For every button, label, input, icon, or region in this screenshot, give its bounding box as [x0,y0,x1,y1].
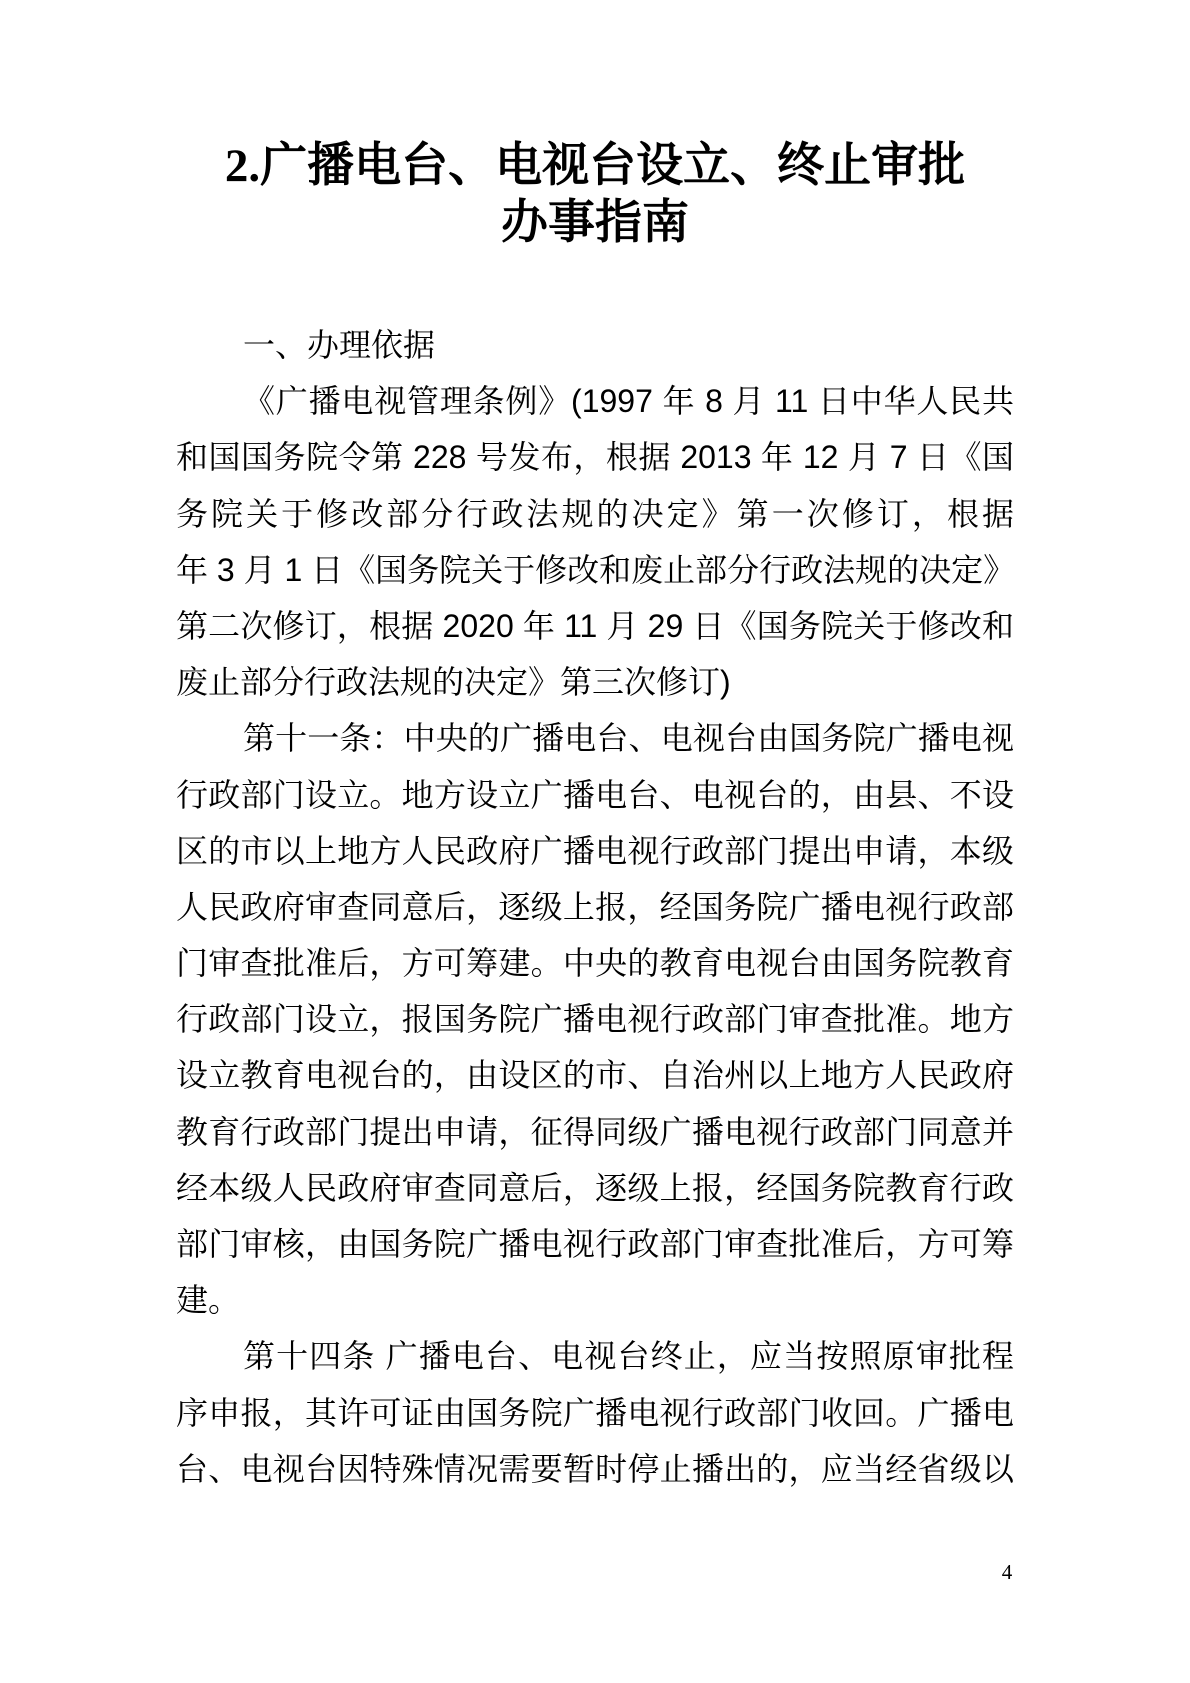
paragraph-line: 年 3 月 1 日《国务院关于修改和废止部分行政法规的决定》 [176,542,1014,598]
document-title: 2.广播电台、电视台设立、终止审批 办事指南 [176,138,1014,252]
paragraph-line: 《广播电视管理条例》(1997 年 8 月 11 日中华人民共 [176,373,1014,429]
document-title-line-1: 2.广播电台、电视台设立、终止审批 [176,138,1014,195]
paragraph-line: 设立教育电视台的，由设区的市、自治州以上地方人民政府 [176,1047,1014,1103]
paragraph-line: 废止部分行政法规的决定》第三次修订) [176,654,1014,710]
paragraph-legal-basis: 《广播电视管理条例》(1997 年 8 月 11 日中华人民共 和国国务院令第 … [176,373,1014,710]
paragraph-line: 经本级人民政府审查同意后，逐级上报，经国务院教育行政 [176,1160,1014,1216]
paragraph-article-11: 第十一条：中央的广播电台、电视台由国务院广播电视 行政部门设立。地方设立广播电台… [176,710,1014,1328]
section-heading-basis: 一、办理依据 [176,317,1014,373]
paragraph-line: 第十四条 广播电台、电视台终止，应当按照原审批程 [176,1328,1014,1384]
paragraph-line: 和国国务院令第 228 号发布，根据 2013 年 12 月 7 日《国 [176,429,1014,485]
paragraph-line: 第十一条：中央的广播电台、电视台由国务院广播电视 [176,710,1014,766]
paragraph-line: 第二次修订，根据 2020 年 11 月 29 日《国务院关于修改和 [176,598,1014,654]
paragraph-line: 行政部门设立。地方设立广播电台、电视台的，由县、不设 [176,767,1014,823]
paragraph-line: 人民政府审查同意后，逐级上报，经国务院广播电视行政部 [176,879,1014,935]
paragraph-line: 部门审核，由国务院广播电视行政部门审查批准后，方可筹 [176,1216,1014,1272]
document-body: 一、办理依据 《广播电视管理条例》(1997 年 8 月 11 日中华人民共 和… [176,317,1014,1497]
paragraph-line: 教育行政部门提出申请，征得同级广播电视行政部门同意并 [176,1104,1014,1160]
paragraph-line: 序申报，其许可证由国务院广播电视行政部门收回。广播电 [176,1385,1014,1441]
paragraph-line: 台、电视台因特殊情况需要暂时停止播出的，应当经省级以 [176,1441,1014,1497]
page-number: 4 [985,1559,1029,1585]
document-title-line-2: 办事指南 [176,195,1014,252]
paragraph-line: 区的市以上地方人民政府广播电视行政部门提出申请，本级 [176,823,1014,879]
paragraph-line: 务院关于修改部分行政法规的决定》第一次修订，根据 2017 [176,486,1014,542]
paragraph-line: 建。 [176,1272,1014,1328]
paragraph-line: 门审查批准后，方可筹建。中央的教育电视台由国务院教育 [176,935,1014,991]
paragraph-article-14: 第十四条 广播电台、电视台终止，应当按照原审批程 序申报，其许可证由国务院广播电… [176,1328,1014,1497]
paragraph-line: 行政部门设立，报国务院广播电视行政部门审查批准。地方 [176,991,1014,1047]
